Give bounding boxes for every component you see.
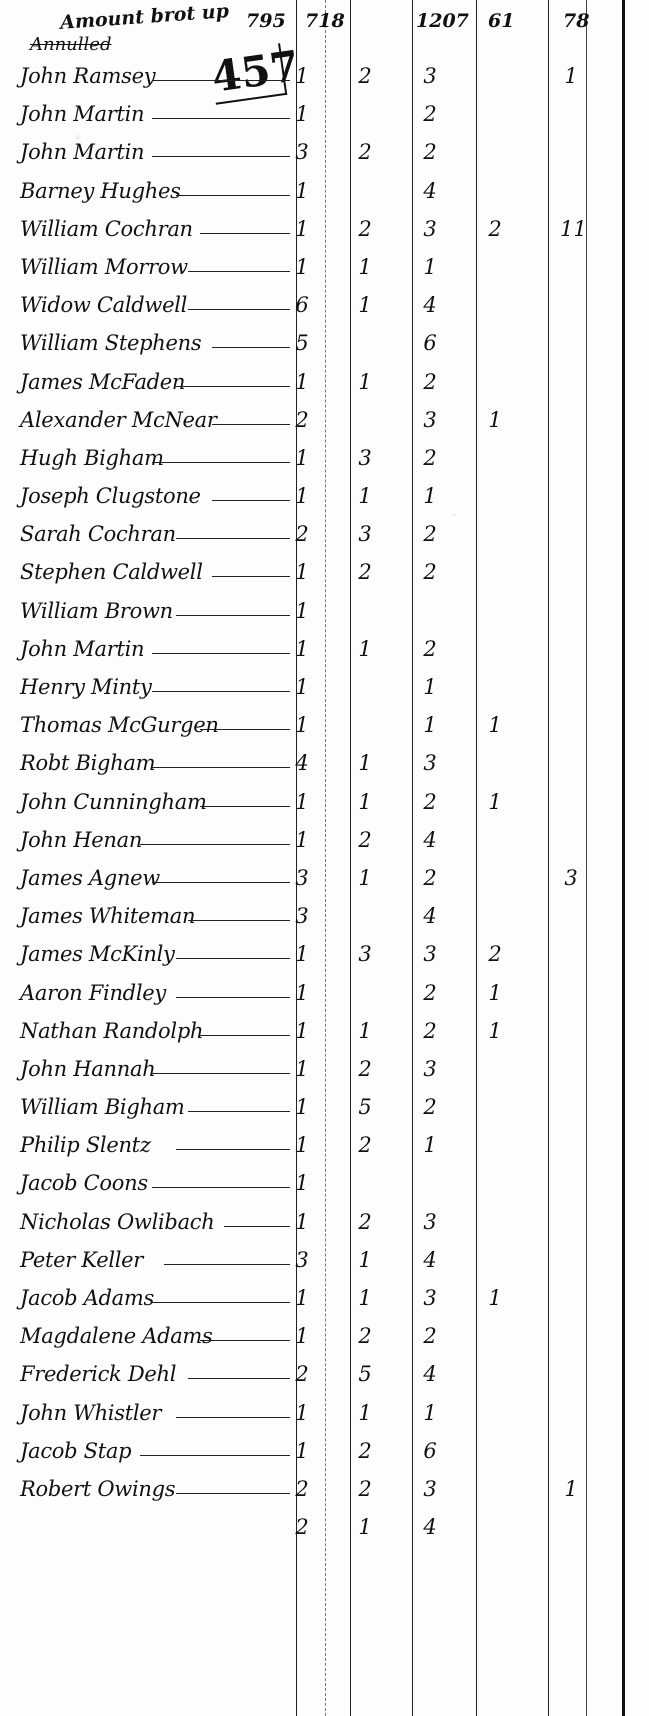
ledger-row: Aaron Findley121 [0,975,649,1013]
ledger-row: Thomas McGurgen111 [0,707,649,745]
household-name: Frederick Dehl [20,1362,176,1386]
count-cell-col3: 4 [419,293,441,317]
ledger-row: John Whistler111 [0,1395,649,1433]
count-cell-col2: 5 [354,1362,376,1386]
household-name: John Ramsey [20,64,155,88]
count-cell-col1: 1 [291,828,313,852]
struck-out-text: Annulled [30,34,111,55]
leader-line [164,1264,290,1265]
leader-line [140,844,290,845]
census-page: Amount brot up 795 718 1207 61 78 Annull… [0,0,649,1716]
header-total-col4: 61 [488,10,514,32]
count-cell-col1: 1 [291,102,313,126]
leader-line [152,118,290,119]
household-name: Henry Minty [20,675,152,699]
leader-line [200,806,290,807]
household-name: Peter Keller [20,1248,143,1272]
count-cell-col1: 1 [291,370,313,394]
count-cell-col1: 2 [291,1515,313,1539]
ledger-row: James Agnew3123 [0,860,649,898]
count-cell-col1: 2 [291,522,313,546]
count-cell-col2: 1 [354,637,376,661]
ledger-row: William Stephens56 [0,325,649,363]
household-name: Joseph Clugstone [20,484,201,508]
leader-line [152,653,290,654]
count-cell-col3: 3 [419,751,441,775]
count-cell-col1: 1 [291,1439,313,1463]
leader-line [152,691,290,692]
ledger-row: 214 [0,1509,649,1547]
ledger-row: John Henan124 [0,822,649,860]
ledger-row: Nicholas Owlibach123 [0,1204,649,1242]
count-cell-col1: 1 [291,637,313,661]
ledger-row: John Cunningham1121 [0,784,649,822]
household-name: Magdalene Adams [20,1324,213,1348]
ledger-row: John Hannah123 [0,1051,649,1089]
count-cell-col2: 1 [354,751,376,775]
household-name: Barney Hughes [20,179,181,203]
count-cell-col2: 2 [354,1210,376,1234]
household-name: John Hannah [20,1057,155,1081]
household-name: James McKinly [20,942,175,966]
count-cell-col1: 1 [291,675,313,699]
count-cell-col3: 1 [419,1401,441,1425]
count-cell-col1: 1 [291,1210,313,1234]
count-cell-col2: 2 [354,1324,376,1348]
header-total-col3: 1207 [416,10,469,32]
ledger-row: Alexander McNear231 [0,402,649,440]
count-cell-col1: 1 [291,1401,313,1425]
ledger-row: Robt Bigham413 [0,745,649,783]
ledger-rows: John Ramsey1231John Martin12John Martin3… [0,58,649,1547]
ledger-row: William Brown1 [0,593,649,631]
household-name: William Bigham [20,1095,185,1119]
count-cell-col1: 1 [291,981,313,1005]
leader-line [152,462,290,463]
header-total-col1: 795 [246,10,286,32]
count-cell-col2: 1 [354,484,376,508]
count-cell-col3: 3 [419,1210,441,1234]
count-cell-col3: 2 [419,370,441,394]
count-cell-col5: 1 [560,64,582,88]
count-cell-col1: 2 [291,408,313,432]
household-name: William Cochran [20,217,193,241]
count-cell-col3: 2 [419,1019,441,1043]
count-cell-col2: 1 [354,1515,376,1539]
household-name: Philip Slentz [20,1133,151,1157]
household-name: John Martin [20,102,144,126]
ledger-row: John Martin12 [0,96,649,134]
count-cell-col3: 3 [419,942,441,966]
ledger-row: William Bigham152 [0,1089,649,1127]
count-cell-col3: 3 [419,64,441,88]
count-cell-col3: 2 [419,446,441,470]
count-cell-col2: 2 [354,1439,376,1463]
count-cell-col3: 4 [419,828,441,852]
count-cell-col1: 1 [291,1057,313,1081]
count-cell-col4: 1 [484,713,506,737]
count-cell-col3: 2 [419,981,441,1005]
count-cell-col1: 1 [291,1133,313,1157]
ledger-row: Nathan Randolph1121 [0,1013,649,1051]
count-cell-col3: 2 [419,1324,441,1348]
count-cell-col1: 1 [291,1324,313,1348]
ledger-row: Robert Owings2231 [0,1471,649,1509]
leader-line [152,1187,290,1188]
count-cell-col2: 1 [354,1019,376,1043]
count-cell-col1: 2 [291,1477,313,1501]
leader-line [176,195,290,196]
count-cell-col2: 1 [354,1286,376,1310]
count-cell-col3: 3 [419,217,441,241]
count-cell-col1: 3 [291,1248,313,1272]
household-name: William Morrow [20,255,188,279]
leader-line [212,500,290,501]
count-cell-col2: 5 [354,1095,376,1119]
count-cell-col1: 1 [291,560,313,584]
ledger-header: Amount brot up 795 718 1207 61 78 [0,4,649,34]
ledger-row: Magdalene Adams122 [0,1318,649,1356]
header-label: Amount brot up [59,0,229,34]
ledger-row: Jacob Adams1131 [0,1280,649,1318]
leader-line [140,1455,290,1456]
household-name: Sarah Cochran [20,522,176,546]
ledger-row: William Cochran123211 [0,211,649,249]
count-cell-col2: 1 [354,790,376,814]
ledger-row: Henry Minty11 [0,669,649,707]
count-cell-col2: 1 [354,370,376,394]
leader-line [188,1111,290,1112]
ledger-row: Widow Caldwell614 [0,287,649,325]
leader-line [212,424,290,425]
count-cell-col1: 1 [291,1019,313,1043]
count-cell-col1: 6 [291,293,313,317]
count-cell-col1: 1 [291,179,313,203]
leader-line [212,576,290,577]
count-cell-col1: 3 [291,904,313,928]
household-name: John Cunningham [20,790,207,814]
count-cell-col1: 1 [291,255,313,279]
household-name: Jacob Stap [20,1439,131,1463]
count-cell-col2: 2 [354,828,376,852]
ledger-row: John Martin322 [0,134,649,172]
household-name: Nathan Randolph [20,1019,203,1043]
leader-line [176,1417,290,1418]
count-cell-col3: 4 [419,904,441,928]
count-cell-col2: 1 [354,1248,376,1272]
count-cell-col1: 1 [291,217,313,241]
count-cell-col4: 1 [484,1019,506,1043]
count-cell-col3: 2 [419,1095,441,1119]
leader-line [200,729,290,730]
count-cell-col1: 1 [291,1286,313,1310]
count-cell-col2: 2 [354,1133,376,1157]
leader-line [176,386,290,387]
count-cell-col1: 3 [291,140,313,164]
leader-line [188,271,290,272]
count-cell-col3: 3 [419,1286,441,1310]
count-cell-col2: 3 [354,942,376,966]
leader-line [224,1226,290,1227]
ledger-row: Jacob Coons1 [0,1165,649,1203]
count-cell-col1: 3 [291,866,313,890]
ledger-row: Stephen Caldwell122 [0,554,649,592]
count-cell-col3: 4 [419,179,441,203]
count-cell-col3: 4 [419,1248,441,1272]
household-name: Robert Owings [20,1477,175,1501]
count-cell-col3: 1 [419,484,441,508]
ledger-row: Philip Slentz121 [0,1127,649,1165]
ledger-row: Jacob Stap126 [0,1433,649,1471]
ledger-row: Sarah Cochran232 [0,516,649,554]
leader-line [188,309,290,310]
ledger-row: Barney Hughes14 [0,173,649,211]
count-cell-col3: 1 [419,675,441,699]
count-cell-col1: 1 [291,713,313,737]
count-cell-col5: 3 [560,866,582,890]
count-cell-col2: 2 [354,140,376,164]
household-name: William Stephens [20,331,201,355]
count-cell-col3: 2 [419,637,441,661]
leader-line [152,1073,290,1074]
count-cell-col4: 1 [484,1286,506,1310]
count-cell-col1: 2 [291,1362,313,1386]
household-name: Aaron Findley [20,981,166,1005]
household-name: James McFaden [20,370,185,394]
count-cell-col3: 3 [419,1057,441,1081]
leader-line [212,347,290,348]
count-cell-col3: 1 [419,713,441,737]
count-cell-col3: 2 [419,102,441,126]
count-cell-col1: 1 [291,64,313,88]
header-total-col5: 78 [563,10,589,32]
count-cell-col2: 2 [354,217,376,241]
count-cell-col2: 1 [354,293,376,317]
count-cell-col3: 6 [419,1439,441,1463]
leader-line [152,156,290,157]
ledger-row: Hugh Bigham132 [0,440,649,478]
count-cell-col1: 1 [291,446,313,470]
household-name: Hugh Bigham [20,446,164,470]
count-cell-col4: 2 [484,217,506,241]
count-cell-col1: 1 [291,1095,313,1119]
count-cell-col3: 1 [419,1133,441,1157]
leader-line [176,1149,290,1150]
household-name: James Agnew [20,866,160,890]
count-cell-col3: 3 [419,1477,441,1501]
count-cell-col3: 1 [419,255,441,279]
leader-line [152,882,290,883]
household-name: John Martin [20,637,144,661]
count-cell-col3: 3 [419,408,441,432]
ledger-row: James McKinly1332 [0,936,649,974]
household-name: Thomas McGurgen [20,713,219,737]
household-name: Stephen Caldwell [20,560,203,584]
household-name: Widow Caldwell [20,293,187,317]
count-cell-col2: 3 [354,522,376,546]
leader-line [176,1493,290,1494]
household-name: John Henan [20,828,142,852]
household-name: Robt Bigham [20,751,155,775]
ledger-row: Peter Keller314 [0,1242,649,1280]
leader-line [188,1378,290,1379]
count-cell-col2: 2 [354,560,376,584]
count-cell-col1: 1 [291,1171,313,1195]
count-cell-col2: 2 [354,64,376,88]
count-cell-col5: 1 [560,1477,582,1501]
ledger-row: John Ramsey1231 [0,58,649,96]
count-cell-col2: 1 [354,1401,376,1425]
leader-line [176,997,290,998]
count-cell-col2: 1 [354,866,376,890]
count-cell-col4: 2 [484,942,506,966]
count-cell-col3: 2 [419,866,441,890]
count-cell-col1: 5 [291,331,313,355]
leader-line [176,538,290,539]
ledger-row: William Morrow111 [0,249,649,287]
count-cell-col3: 2 [419,790,441,814]
count-cell-col1: 4 [291,751,313,775]
count-cell-col3: 4 [419,1515,441,1539]
header-total-col2: 718 [305,10,345,32]
count-cell-col2: 1 [354,255,376,279]
household-name: John Whistler [20,1401,161,1425]
count-cell-col2: 2 [354,1057,376,1081]
household-name: William Brown [20,599,173,623]
count-cell-col3: 6 [419,331,441,355]
count-cell-col1: 1 [291,942,313,966]
ledger-row: James Whiteman34 [0,898,649,936]
count-cell-col1: 1 [291,599,313,623]
household-name: Jacob Coons [20,1171,148,1195]
leader-line [200,1340,290,1341]
leader-line [188,920,290,921]
household-name: Nicholas Owlibach [20,1210,214,1234]
leader-line [200,233,290,234]
ledger-row: John Martin112 [0,631,649,669]
leader-line [176,958,290,959]
count-cell-col1: 1 [291,790,313,814]
count-cell-col4: 1 [484,981,506,1005]
household-name: James Whiteman [20,904,195,928]
count-cell-col3: 2 [419,522,441,546]
count-cell-col1: 1 [291,484,313,508]
leader-line [152,1302,290,1303]
count-cell-col4: 1 [484,408,506,432]
leader-line [176,615,290,616]
count-cell-col2: 2 [354,1477,376,1501]
ledger-row: James McFaden112 [0,364,649,402]
household-name: Alexander McNear [20,408,217,432]
ledger-row: Frederick Dehl254 [0,1356,649,1394]
count-cell-col2: 3 [354,446,376,470]
household-name: Jacob Adams [20,1286,154,1310]
household-name: John Martin [20,140,144,164]
count-cell-col3: 2 [419,140,441,164]
count-cell-col4: 1 [484,790,506,814]
leader-line [152,767,290,768]
ledger-row: Joseph Clugstone111 [0,478,649,516]
leader-line [152,80,290,81]
leader-line [200,1035,290,1036]
count-cell-col3: 4 [419,1362,441,1386]
count-cell-col5: 11 [560,217,582,241]
count-cell-col3: 2 [419,560,441,584]
